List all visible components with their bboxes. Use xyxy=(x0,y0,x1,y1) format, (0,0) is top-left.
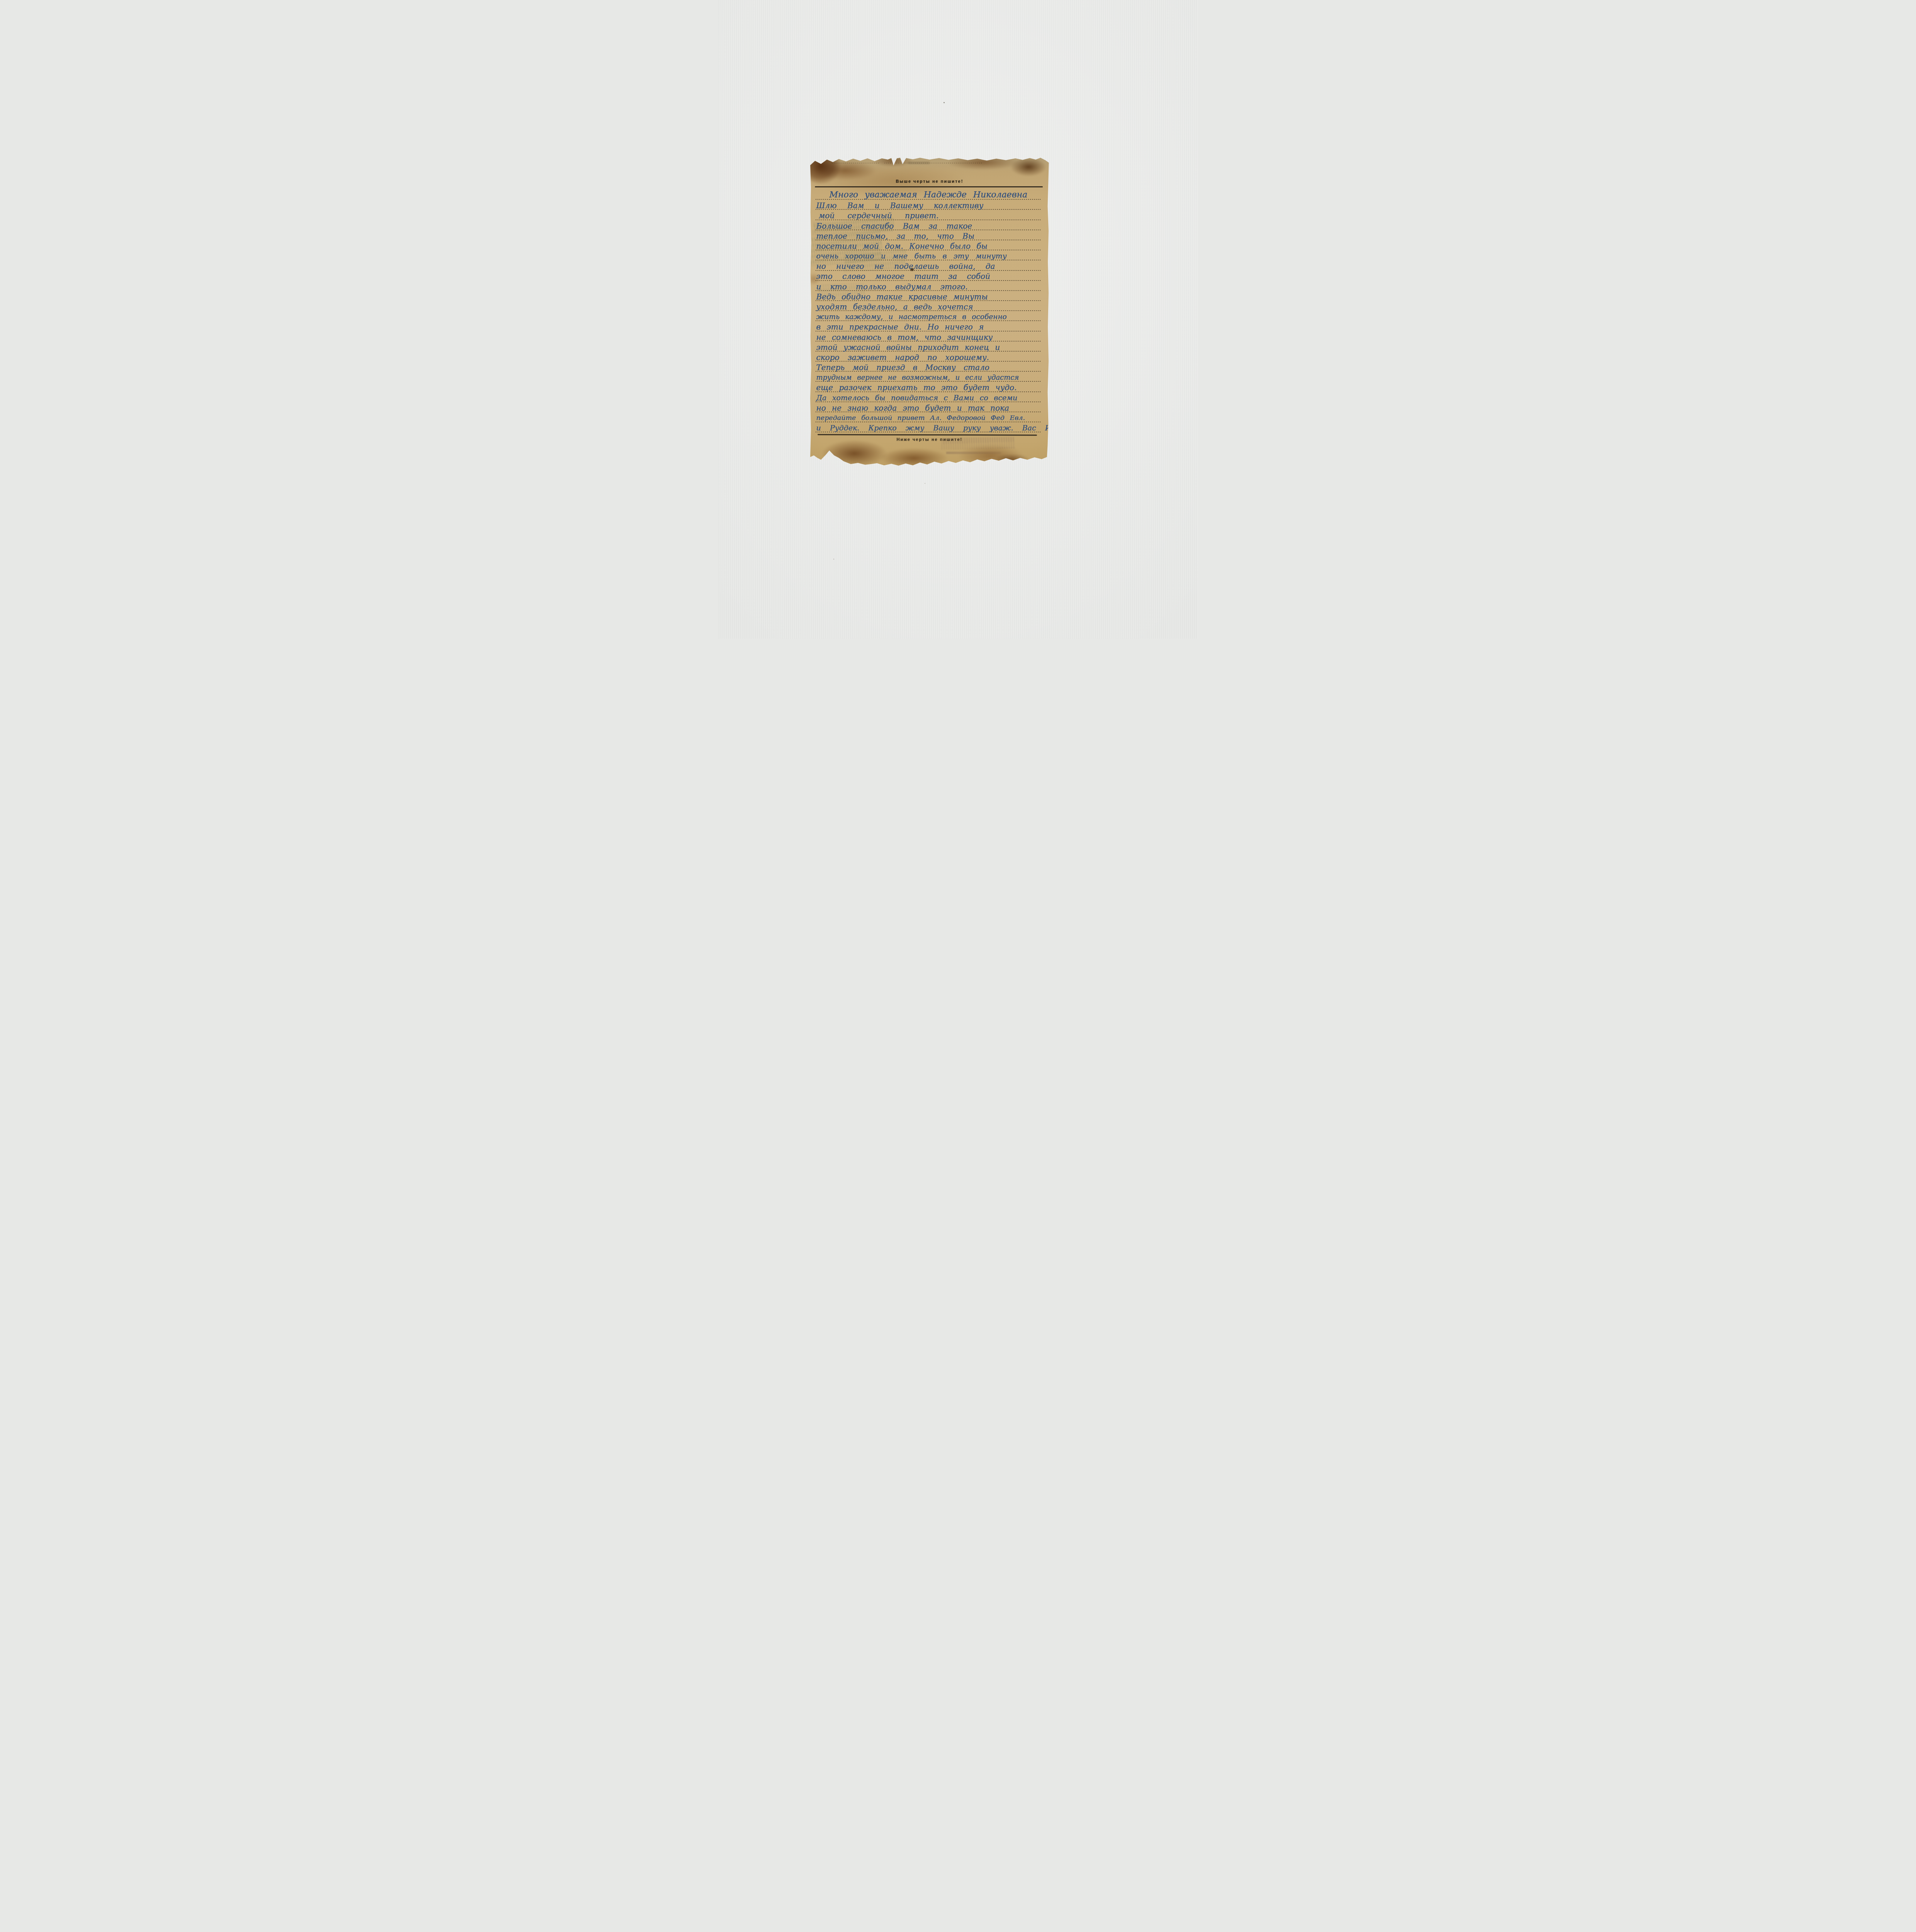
handwriting-line: уходят бездельно, а ведь хочется xyxy=(816,300,1054,311)
dust-speck xyxy=(944,102,945,103)
handwriting-line: в эти прекрасные дни. Но ничего я xyxy=(816,320,1054,331)
handwriting-line: Теперь мой приезд в Москву стало xyxy=(816,361,1054,371)
top-boundary-line xyxy=(815,186,1043,187)
stain xyxy=(822,440,887,466)
handwriting-line: мой сердечный привет. xyxy=(816,209,1054,220)
dust-speck xyxy=(925,483,925,484)
stain xyxy=(946,155,1020,170)
handwriting-line: трудным вернее не возможным, и если удас… xyxy=(816,371,1054,382)
handwriting-line: не сомневаюсь в том, что зачинщику xyxy=(816,330,1054,341)
handwriting-line: но не знаю когда это будет и так пока xyxy=(816,401,1054,412)
dust-speck xyxy=(833,559,834,560)
bottom-boundary-line xyxy=(818,434,1037,435)
letter-sheet: Выше черты не пишите! Ниже черты не пиши… xyxy=(810,156,1049,467)
bottom-instruction-label: Ниже черты не пишите! xyxy=(810,437,1049,442)
handwriting-line: скоро заживет народ по хорошему. xyxy=(816,350,1054,361)
top-edge-dotted-line xyxy=(832,163,880,163)
top-edge-dotted-line xyxy=(884,163,982,163)
handwriting-line: и Руддек. Крепко жму Вашу руку уваж. Вас… xyxy=(816,421,1054,432)
handwriting-line: и кто только выдумал этого. xyxy=(816,280,1054,291)
handwriting-line: это слово многое таит за собой xyxy=(816,270,1054,281)
handwriting-line: очень хорошо и мне быть в эту минуту xyxy=(816,249,1054,260)
stain xyxy=(1011,158,1047,176)
stamp-ghost xyxy=(946,452,1001,454)
stain xyxy=(872,155,913,167)
handwriting-line: этой ужасной войны приходит конец и xyxy=(816,340,1054,351)
handwriting-line: жить каждому, и насмотреться в особенно xyxy=(816,310,1054,321)
handwriting-line: Да хотелось бы повидаться с Вами со всем… xyxy=(816,391,1054,402)
stain xyxy=(994,454,1030,465)
handwriting-line: но ничего не поделаешь война, да xyxy=(816,260,1054,270)
faded-print-smudge xyxy=(908,162,930,164)
stain xyxy=(879,448,949,468)
handwriting-line: посетили мой дом. Конечно было бы xyxy=(816,239,1054,250)
handwriting-line: еще разочек приехать то это будет чудо. xyxy=(816,381,1054,392)
handwriting-line: передайте большой привет Ал. Федоровой Ф… xyxy=(816,411,1054,422)
handwriting-line: Много уважаемая Надежде Николаевна xyxy=(816,189,1054,199)
handwriting-line: Шлю Вам и Вашему коллективу xyxy=(816,199,1054,210)
handwriting-line: теплое письмо, за то, что Вы xyxy=(816,229,1054,240)
handwriting-line: Большое спасибо Вам за такое xyxy=(816,219,1054,230)
scan-background: Выше черты не пишите! Ниже черты не пиши… xyxy=(719,0,1198,639)
top-instruction-label: Выше черты не пишите! xyxy=(810,179,1049,184)
handwriting-line: Ведь обидно такие красивые минуты xyxy=(816,290,1054,301)
